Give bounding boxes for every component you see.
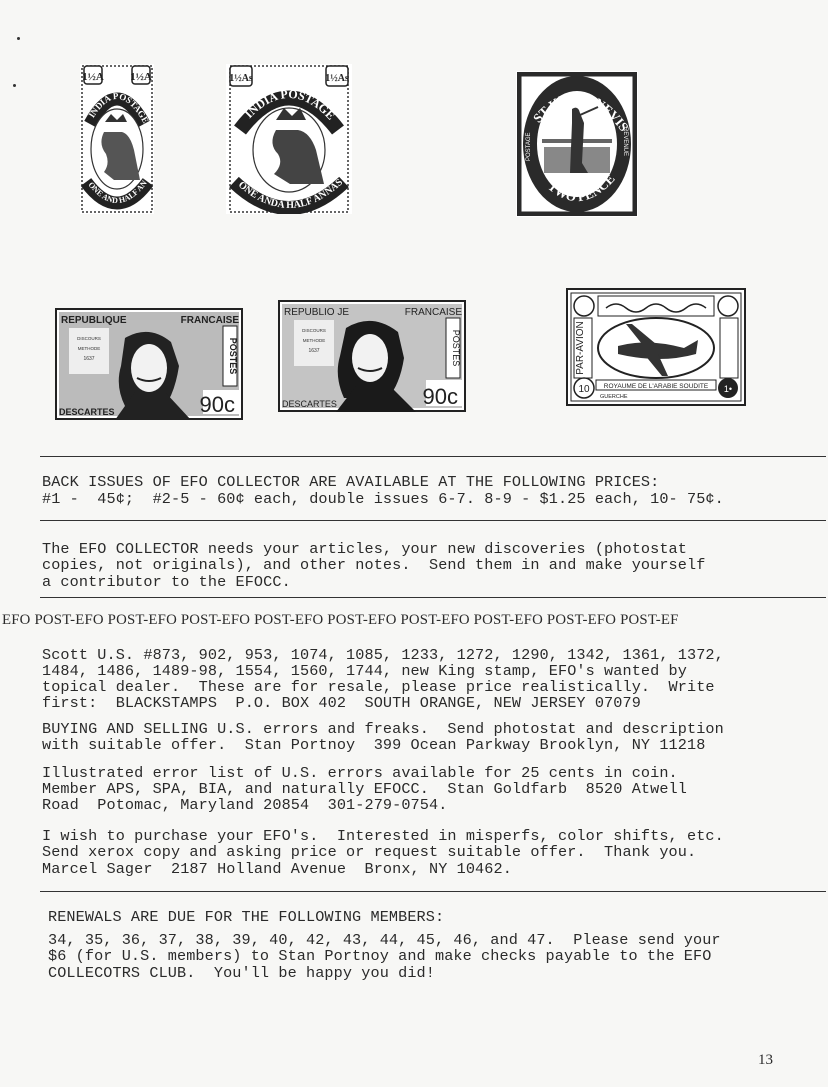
svg-text:ROYAUME DE L'ARABIE SOUDITE: ROYAUME DE L'ARABIE SOUDITE: [604, 383, 709, 390]
svg-text:1½A: 1½A: [130, 71, 152, 83]
divider: [40, 597, 826, 598]
post-efo-banner: EFO POST-EFO POST-EFO POST-EFO POST-EFO …: [2, 612, 679, 629]
articles-notice-line: a contributor to the EFOCC.: [42, 574, 291, 591]
back-issues-prices: #1 - 45¢; #2-5 - 60¢ each, double issues…: [42, 491, 724, 508]
stamp-saudi-air: PAR-AVION 10 1• ROYAUME DE L'ARABIE SOUD…: [566, 288, 746, 406]
renewals-line: COLLECOTRS CLUB. You'll be happy you did…: [48, 965, 435, 982]
svg-text:DISCOURS: DISCOURS: [302, 328, 326, 333]
svg-text:REVENUE: REVENUE: [622, 127, 628, 156]
stamp-india-2: 1½As 1½As INDIA POSTAGE ONE ANDA HALF AN…: [226, 64, 352, 214]
ad-portnoy-line: with suitable offer. Stan Portnoy 399 Oc…: [42, 737, 705, 754]
svg-text:POSTES: POSTES: [451, 330, 461, 367]
renewals-heading: RENEWALS ARE DUE FOR THE FOLLOWING MEMBE…: [48, 909, 444, 926]
svg-text:REPUBLIO JE: REPUBLIO JE: [284, 307, 349, 318]
svg-text:DESCARTES: DESCARTES: [59, 407, 115, 417]
divider: [40, 456, 826, 457]
ad-sager-line: Send xerox copy and asking price or requ…: [42, 844, 696, 861]
stamp-france-1: REPUBLIQUE FRANCAISE DISCOURS METHODE 16…: [55, 308, 243, 420]
svg-text:METHODE: METHODE: [78, 346, 101, 351]
svg-text:1½As: 1½As: [325, 73, 349, 84]
stray-mark: [13, 84, 16, 87]
svg-text:POSTAGE: POSTAGE: [526, 132, 532, 161]
stamp-france-2: REPUBLIO JE FRANCAISE DISCOURS METHODE 1…: [278, 300, 466, 412]
svg-text:1637: 1637: [308, 348, 319, 354]
svg-text:90c: 90c: [200, 392, 235, 417]
back-issues-heading: BACK ISSUES OF EFO COLLECTOR ARE AVAILAB…: [42, 474, 659, 491]
svg-text:PAR-AVION: PAR-AVION: [575, 321, 586, 375]
ad-sager-line: Marcel Sager 2187 Holland Avenue Bronx, …: [42, 861, 512, 878]
svg-text:FRANCAISE: FRANCAISE: [405, 307, 463, 318]
svg-text:METHODE: METHODE: [303, 338, 326, 343]
ad-blackstamps-line: first: BLACKSTAMPS P.O. BOX 402 SOUTH OR…: [42, 695, 641, 712]
svg-text:REPUBLIQUE: REPUBLIQUE: [61, 315, 127, 326]
stamp-st-kitts: ST KITTS-NEVIS TWO PENCE POSTAGE REVENUE: [516, 71, 638, 217]
stray-mark: [17, 37, 20, 40]
svg-text:GUERCHE: GUERCHE: [600, 394, 628, 400]
page-number: 13: [758, 1052, 773, 1069]
articles-notice-line: copies, not originals), and other notes.…: [42, 557, 705, 574]
svg-text:DESCARTES: DESCARTES: [282, 399, 337, 409]
renewals-line: $6 (for U.S. members) to Stan Portnoy an…: [48, 948, 711, 965]
ad-goldfarb-line: Road Potomac, Maryland 20854 301-279-075…: [42, 797, 447, 814]
svg-text:POSTES: POSTES: [228, 338, 238, 375]
svg-text:FRANCAISE: FRANCAISE: [181, 315, 240, 326]
stamp-india-1: 1½A 1½A INDIA POSTAGE ONE AND HALF ANNA: [80, 64, 154, 214]
svg-text:10: 10: [578, 384, 590, 395]
divider: [40, 891, 826, 892]
svg-text:1•: 1•: [724, 384, 732, 394]
svg-text:1½A: 1½A: [82, 71, 104, 83]
svg-text:1637: 1637: [83, 356, 94, 362]
divider: [40, 520, 826, 521]
svg-text:DISCOURS: DISCOURS: [77, 336, 101, 341]
svg-text:1½As: 1½As: [229, 73, 253, 84]
svg-text:90c: 90c: [423, 384, 458, 409]
